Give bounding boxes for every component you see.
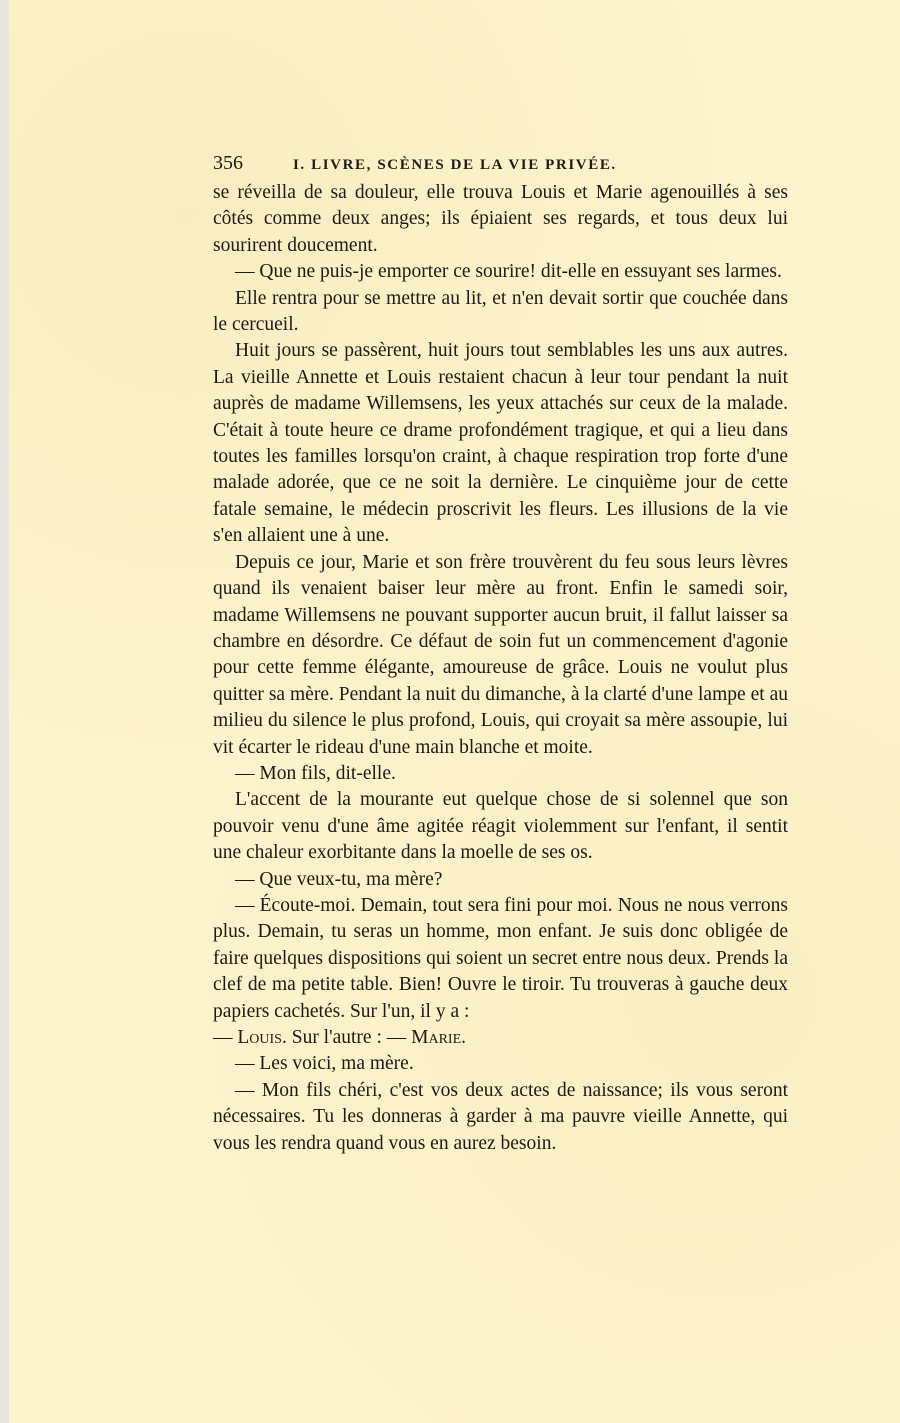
paragraph-5: Depuis ce jour, Marie et son frère trouv… (213, 550, 788, 761)
paragraph-7: L'accent de la mourante eut quelque chos… (213, 787, 788, 866)
paragraph-6: — Mon fils, dit-elle. (213, 761, 788, 787)
text-column: 356 I. LIVRE, SCÈNES DE LA VIE PRIVÉE. s… (213, 152, 788, 1157)
page-number: 356 (213, 152, 293, 175)
paragraph-1: se réveilla de sa douleur, elle trouva L… (213, 180, 788, 259)
connector-text: . Sur l'autre : — (282, 1027, 411, 1048)
name-marie: Marie (411, 1027, 461, 1048)
paragraph-4: Huit jours se passèrent, huit jours tout… (213, 338, 788, 549)
running-title: I. LIVRE, SCÈNES DE LA VIE PRIVÉE. (293, 157, 617, 174)
paragraph-3: Elle rentra pour se mettre au lit, et n'… (213, 286, 788, 339)
dash: — (213, 1027, 237, 1048)
paragraph-9: — Écoute-moi. Demain, tout sera fini pou… (213, 893, 788, 1025)
period: . (461, 1027, 466, 1048)
book-page: 356 I. LIVRE, SCÈNES DE LA VIE PRIVÉE. s… (9, 0, 900, 1423)
paragraph-10: — Louis. Sur l'autre : — Marie. (213, 1025, 788, 1051)
paragraph-11: — Les voici, ma mère. (213, 1051, 788, 1077)
running-header: 356 I. LIVRE, SCÈNES DE LA VIE PRIVÉE. (213, 152, 788, 180)
paragraph-8: — Que veux-tu, ma mère? (213, 867, 788, 893)
paragraph-2: — Que ne puis-je emporter ce sourire! di… (213, 259, 788, 285)
paragraph-12: — Mon fils chéri, c'est vos deux actes d… (213, 1078, 788, 1157)
name-louis: Louis (237, 1027, 282, 1048)
